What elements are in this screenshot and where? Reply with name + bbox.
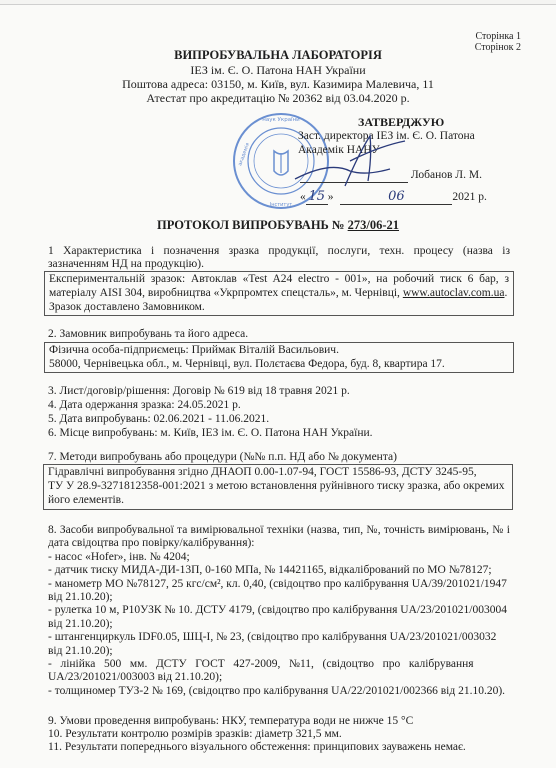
approval-title: ЗАТВЕРДЖУЮ — [358, 115, 444, 130]
protocol-label: ПРОТОКОЛ ВИПРОБУВАНЬ № — [157, 218, 345, 232]
section-5: 5. Дата випробувань: 02.06.2021 - 11.06.… — [48, 413, 269, 426]
sample-line2: матеріалу AISI 304, виробництва «Укрпром… — [49, 286, 509, 300]
equipment-item: - насос «Hofer», інв. № 4204; — [48, 551, 510, 564]
signer-name: Лобанов Л. М. — [411, 169, 482, 181]
sample-line3: Зразок доставлено Замовником. — [49, 300, 509, 314]
section-2-heading: 2. Замовник випробувань та його адреса. — [48, 328, 248, 341]
section-1-heading-line2: зазначенням НД на продукцію). — [48, 258, 204, 270]
section-6: 6. Місце випробувань: м. Київ, ІЕЗ ім. Є… — [48, 427, 373, 440]
customer-name: Фізична особа-підприємець: Приймак Вітал… — [49, 343, 509, 357]
section-8: 8. Засоби випробувальної та вимірювально… — [48, 524, 510, 698]
equipment-item-cont: UA/23/201021/003003 від 21.10.20); — [48, 671, 510, 684]
equipment-item: - датчик тиску МИДА-ДИ-13П, 0-160 МПа, №… — [48, 564, 510, 577]
sample-line2-end: . — [504, 287, 507, 299]
section-1-heading-line1: 1 Характеристика і позначення зразка про… — [48, 245, 510, 258]
equipment-list: - насос «Hofer», інв. № 4204; - датчик т… — [48, 551, 510, 698]
section-11: 11. Результати попереднього візуального … — [48, 741, 466, 754]
approval-date-row: «15» 062021 р. — [300, 190, 487, 205]
month-field: 06 — [340, 190, 452, 205]
methods-line1: Гідравлічні випробування згідно ДНАОП 0.… — [48, 465, 508, 479]
section-4: 4. Дата одержання зразка: 24.05.2021 р. — [48, 399, 241, 412]
section-8-heading-line1: 8. Засоби випробувальної та вимірювально… — [48, 524, 510, 537]
methods-line3: його елементів. — [48, 493, 508, 507]
equipment-item-cont: від 21.10.20); — [48, 591, 510, 604]
svg-text:наук України: наук України — [262, 117, 300, 123]
section-10: 10. Результати контролю розмірів зразків… — [48, 728, 342, 741]
equipment-item: - толщиномер ТУЗ-2 № 169, (свідоцтво про… — [48, 685, 510, 698]
svg-text:Інститут: Інститут — [270, 202, 293, 208]
lab-accreditation: Атестат про акредитацію № 20362 від 03.0… — [0, 91, 556, 106]
approval-year: 2021 р. — [452, 191, 487, 203]
section-3: 3. Лист/договір/рішення: Договір № 619 в… — [48, 385, 350, 398]
document-page: Сторінка 1 Сторінок 2 ВИПРОБУВАЛЬНА ЛАБО… — [0, 4, 556, 768]
manufacturer-link[interactable]: www.autoclav.com.ua — [403, 287, 505, 299]
equipment-item-cont: від 21.10.20); — [48, 645, 510, 658]
methods-line2: ТУ У 28.9-3271812358-001:2021 з метою вс… — [48, 479, 508, 493]
lab-address: Поштова адреса: 03150, м. Київ, вул. Каз… — [0, 77, 556, 92]
approval-month: 06 — [388, 189, 405, 204]
section-7-box: Гідравлічні випробування згідно ДНАОП 0.… — [43, 464, 513, 510]
section-1-box: Експериментальній зразок: Автоклав «Test… — [44, 271, 514, 316]
sample-line2-text: матеріалу AISI 304, виробництва «Укрпром… — [49, 287, 403, 299]
equipment-item: - штангенциркуль IDF0.05, ШЦ-І, № 23, (с… — [48, 631, 510, 644]
day-field: 15 — [306, 190, 328, 205]
customer-address: 58000, Чернівецька обл., м. Чернівці, ву… — [49, 357, 509, 371]
equipment-item: - манометр МО №78127, 25 кгс/см², кл. 0,… — [48, 578, 510, 591]
approval-day: 15 — [308, 189, 325, 204]
sample-line1: Експериментальній зразок: Автоклав «Test… — [49, 272, 509, 286]
protocol-title: ПРОТОКОЛ ВИПРОБУВАНЬ № 273/06-21 — [0, 218, 556, 233]
equipment-item: - лінійка 500 мм. ДСТУ ГОСТ 427-2009, №1… — [48, 658, 510, 671]
section-9: 9. Умови проведення випробувань: НКУ, те… — [48, 715, 413, 728]
section-1-heading: 1 Характеристика і позначення зразка про… — [48, 245, 510, 272]
page-number: Сторінка 1 — [475, 31, 521, 42]
section-7-heading: 7. Методи випробувань або процедури (№№ … — [48, 451, 397, 464]
equipment-item: - рулетка 10 м, Р10УЗК № 10. ДСТУ 4179, … — [48, 604, 510, 617]
section-2-box: Фізична особа-підприємець: Приймак Вітал… — [44, 342, 514, 373]
lab-title: ВИПРОБУВАЛЬНА ЛАБОРАТОРІЯ — [0, 48, 556, 63]
lab-org: ІЕЗ ім. Є. О. Патона НАН України — [0, 63, 556, 78]
section-8-heading-line2: дата свідоцтва про повірку/калібрування)… — [48, 537, 510, 550]
quote-close: » — [328, 191, 334, 203]
equipment-item-cont: від 21.10.20); — [48, 618, 510, 631]
signature-icon — [290, 131, 420, 191]
protocol-number: 273/06-21 — [348, 218, 399, 232]
